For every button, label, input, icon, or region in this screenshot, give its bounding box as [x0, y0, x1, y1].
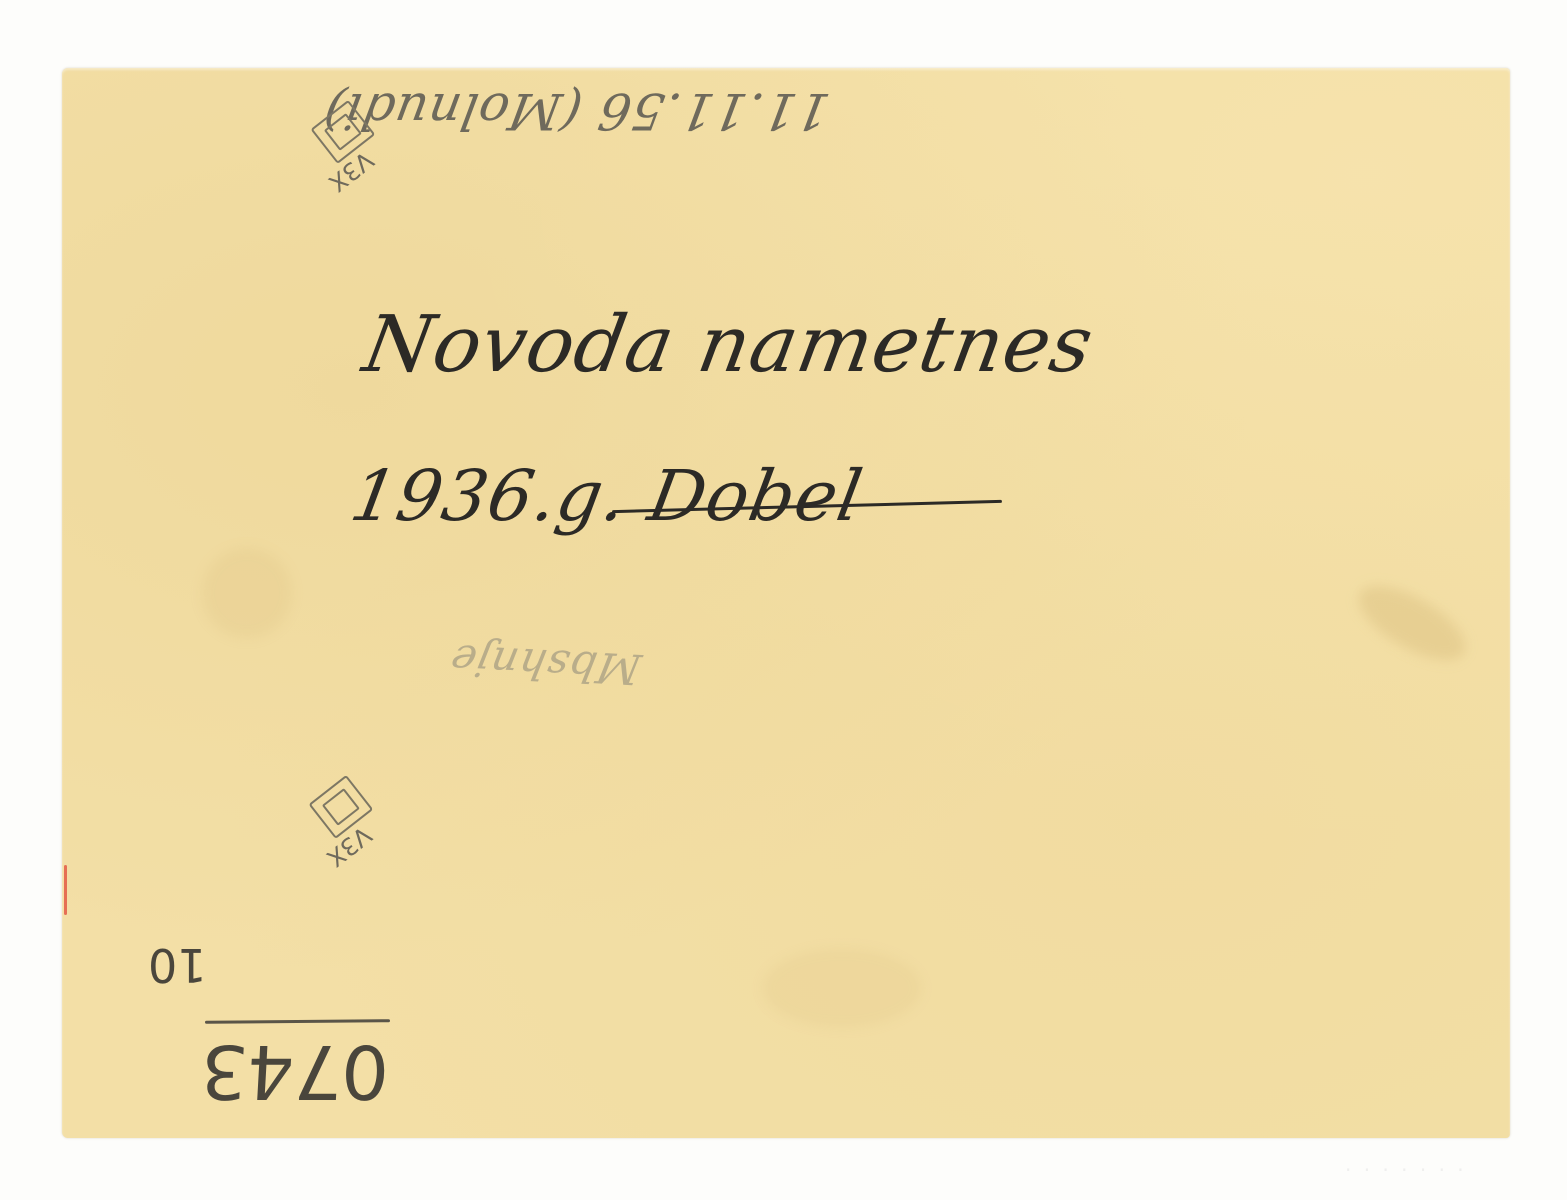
- stain: [762, 948, 922, 1028]
- inventory-number-upside-down: 0743: [194, 1028, 394, 1114]
- photo-card-back: [62, 68, 1510, 1138]
- small-number-upside-down: 10: [148, 938, 207, 992]
- red-edge-mark: [64, 865, 67, 915]
- watermark: · · · · · · ·: [1345, 1158, 1467, 1182]
- stain: [1348, 571, 1477, 674]
- inscription-line-2: 1936.g. Dobel: [345, 455, 869, 537]
- inscription-line-1: Novoda nametnes: [357, 300, 1100, 390]
- stain: [202, 548, 292, 638]
- faint-pencil-note: Mbshnje: [445, 635, 645, 694]
- date-note-upside-down: 11.11.56 (Molnudi): [319, 82, 834, 140]
